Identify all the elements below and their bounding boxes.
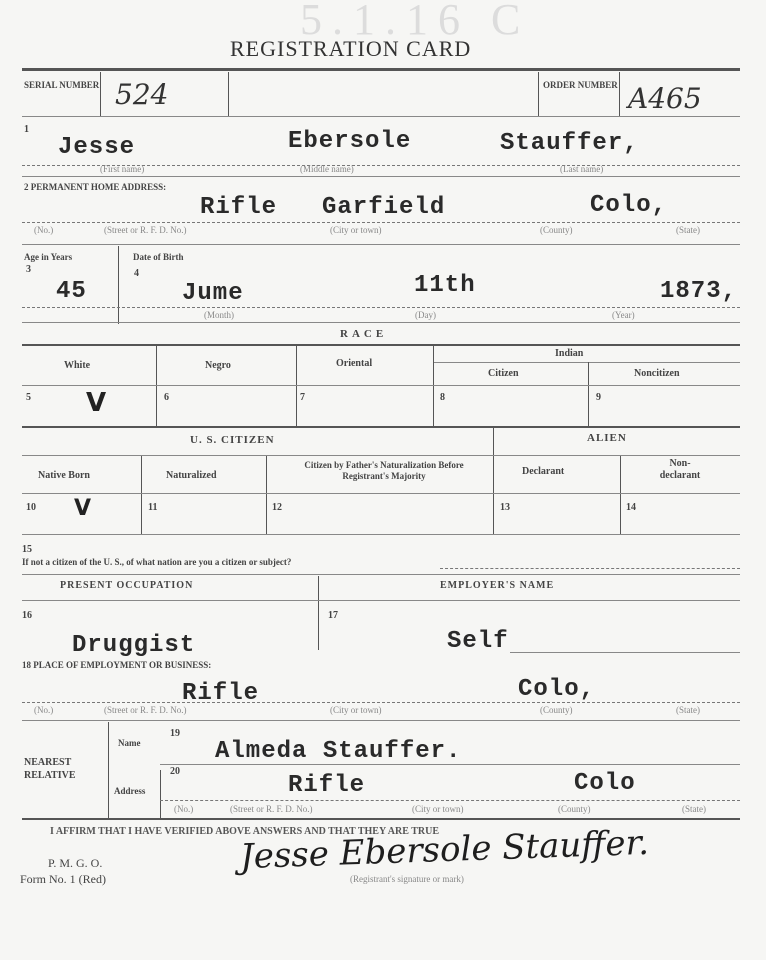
q15-label: If not a citizen of the U. S., of what n… (22, 557, 291, 567)
race-title: RACE (340, 328, 387, 340)
birth-day: 11th (414, 272, 476, 299)
birth-year: 1873, (660, 278, 737, 305)
age-value: 45 (56, 278, 87, 305)
occupation-value: Druggist (72, 632, 195, 659)
middle-name: Ebersole (288, 128, 411, 155)
us-citizen-title: U. S. CITIZEN (190, 434, 275, 446)
card-title: REGISTRATION CARD (230, 36, 471, 62)
home-county: Garfield (322, 194, 445, 221)
native-born-mark: V (74, 496, 91, 521)
order-number: A465 (628, 82, 702, 115)
home-state: Colo, (590, 192, 667, 219)
order-label: ORDER NUMBER (543, 80, 617, 91)
birth-month: Jume (182, 280, 244, 307)
first-name: Jesse (58, 134, 135, 161)
serial-number: 524 (115, 78, 168, 111)
alien-title: ALIEN (587, 432, 627, 444)
signature-label: (Registrant's signature or mark) (350, 874, 464, 884)
home-address-label: 2 PERMANENT HOME ADDRESS: (24, 182, 166, 192)
place-state: Colo, (518, 676, 595, 703)
registration-card: 5.1.16 C REGISTRATION CARD SERIAL NUMBER… (0, 0, 766, 960)
last-name: Stauffer, (500, 130, 639, 157)
relative-name: Almeda Stauffer. (215, 738, 461, 765)
place-label: 18 PLACE OF EMPLOYMENT OR BUSINESS: (22, 660, 211, 670)
form-line-2: Form No. 1 (Red) (20, 872, 106, 887)
home-city: Rifle (200, 194, 277, 221)
employer-title: EMPLOYER'S NAME (440, 580, 554, 591)
relative-state: Colo (574, 770, 636, 797)
race-white-mark: V (86, 388, 106, 418)
serial-label: SERIAL NUMBER (24, 80, 94, 91)
relative-city: Rifle (288, 772, 365, 799)
nearest-relative-label: NEAREST RELATIVE (24, 756, 104, 782)
occupation-title: PRESENT OCCUPATION (60, 580, 193, 591)
form-line-1: P. M. G. O. (48, 856, 102, 871)
employer-value: Self (447, 628, 509, 655)
